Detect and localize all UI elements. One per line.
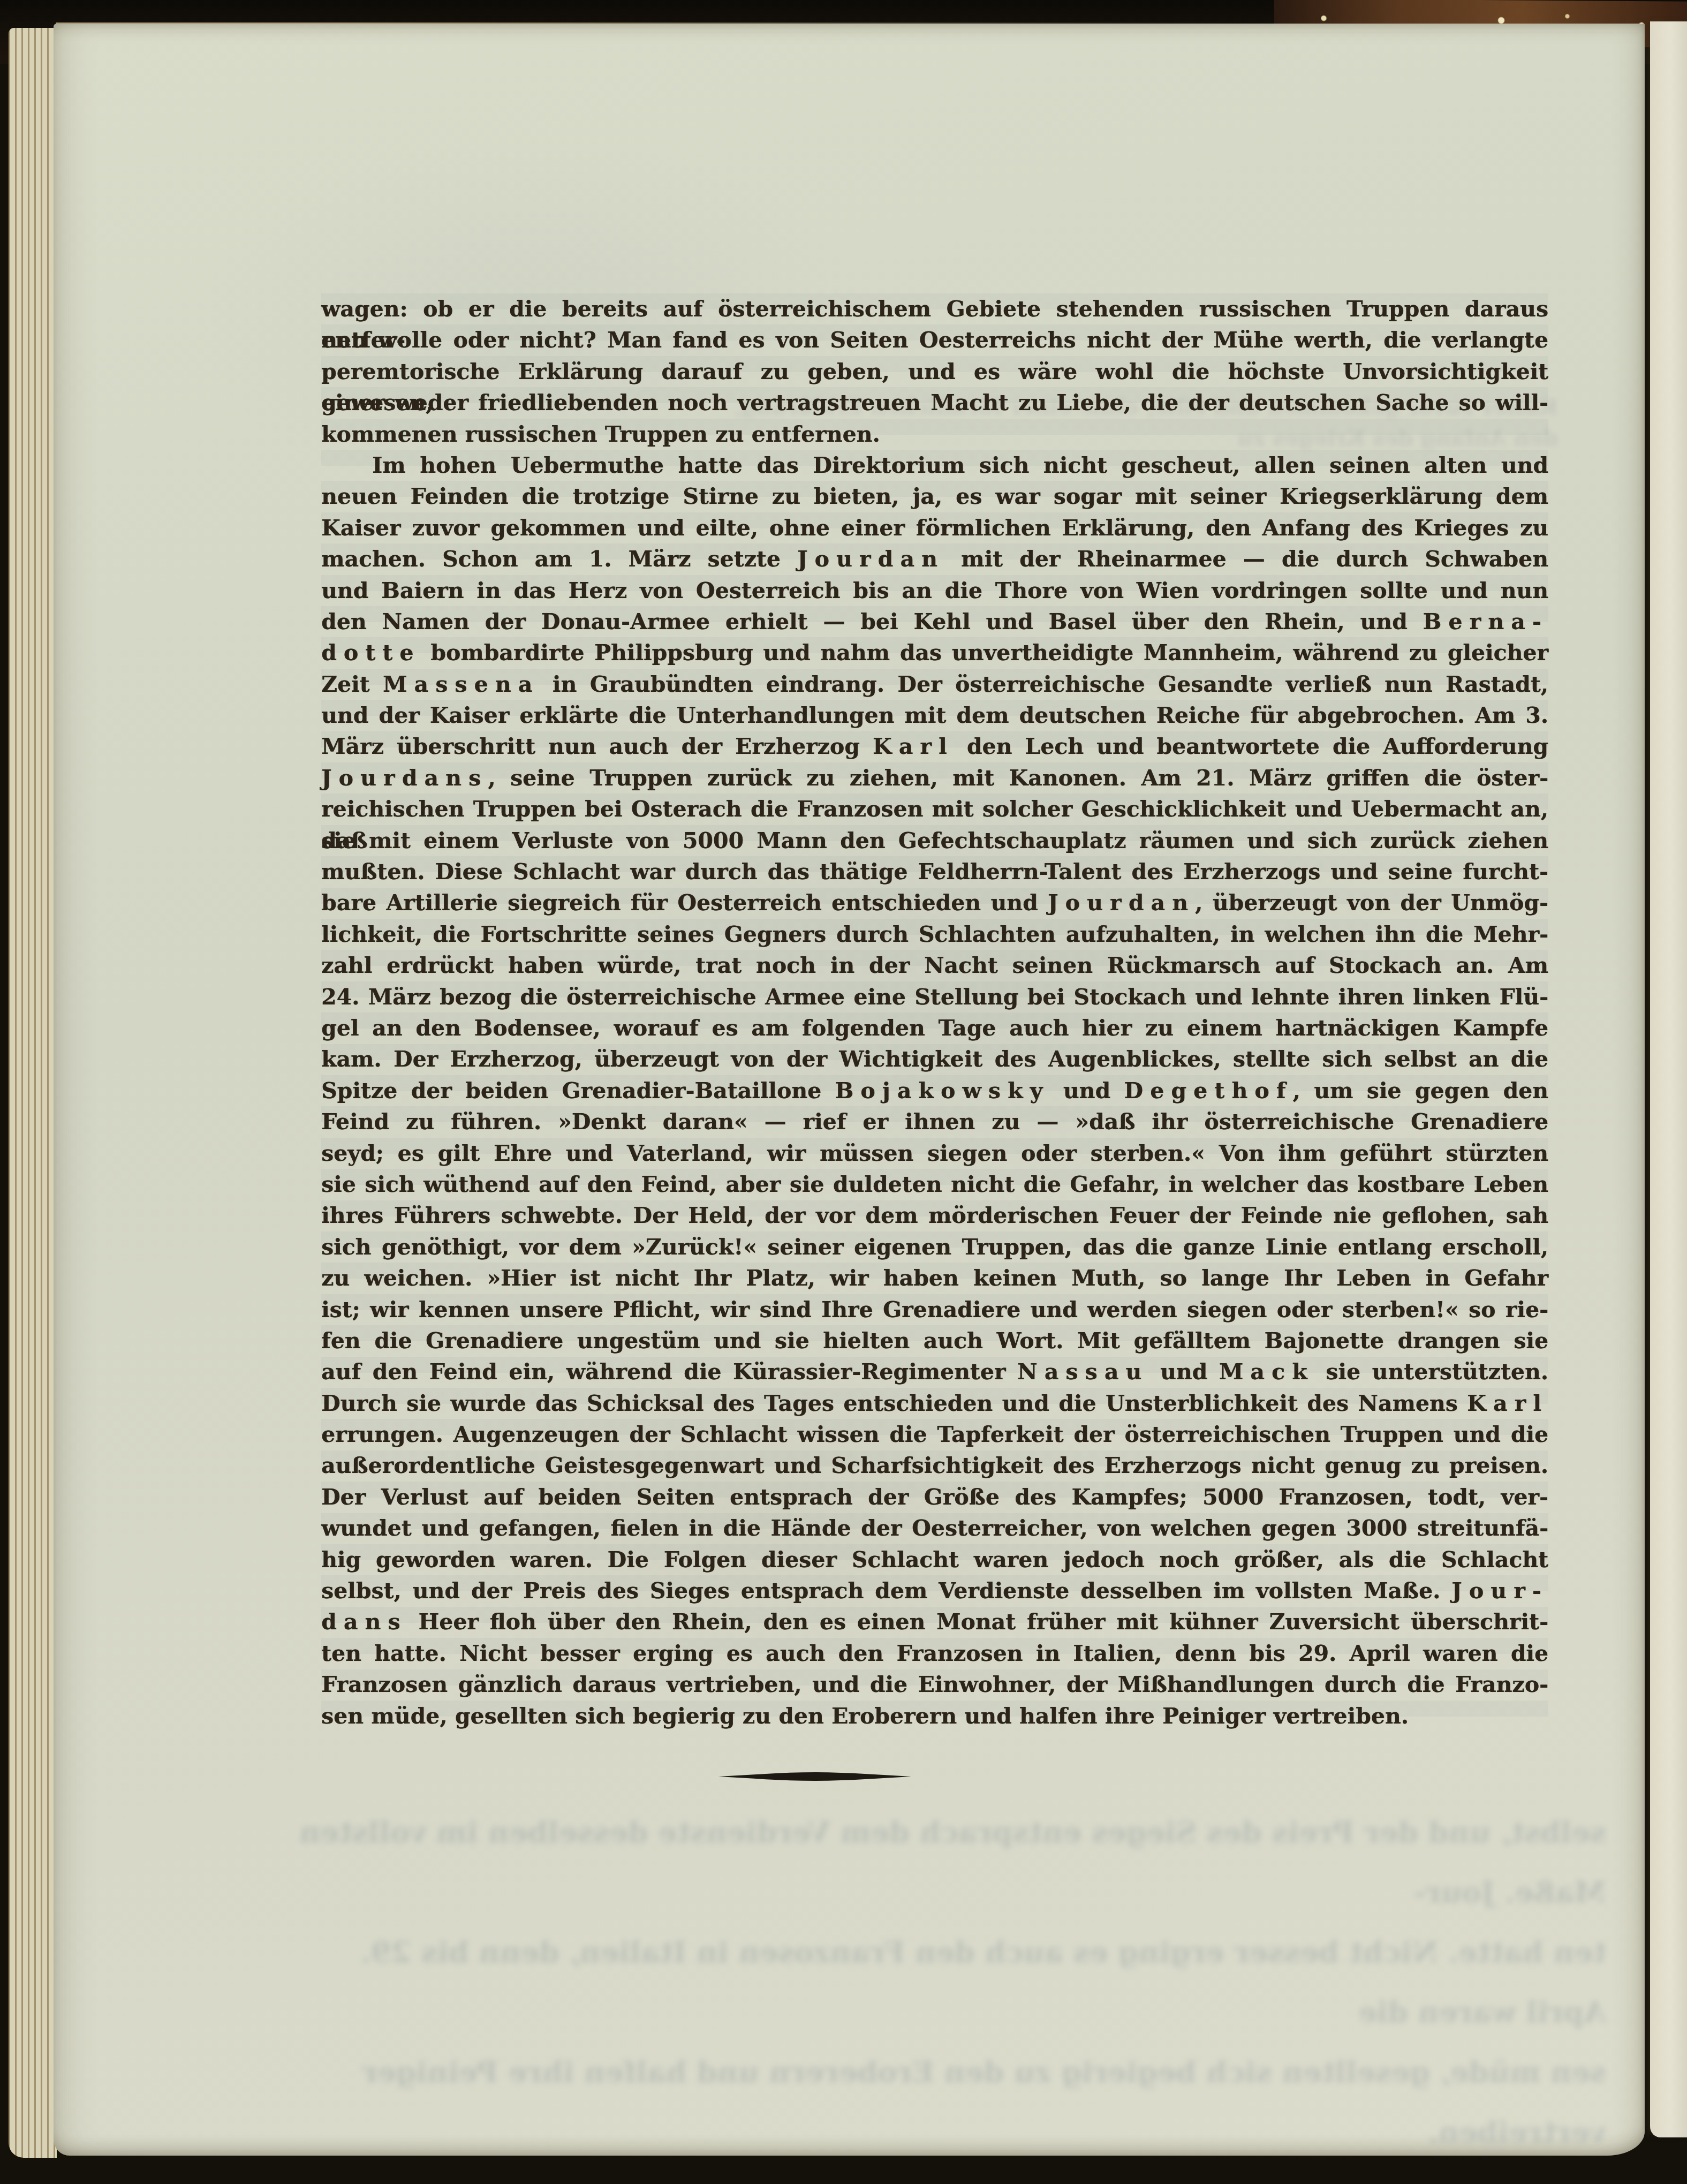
text-line: auf den Feind ein, während die Kürassier…: [321, 1356, 1548, 1387]
text-line: zahl erdrückt haben würde, trat noch in …: [321, 950, 1548, 981]
text-line: kam. Der Erzherzog, überzeugt von der Wi…: [321, 1044, 1548, 1075]
text-line: reichischen Truppen bei Osterach die Fra…: [321, 794, 1548, 825]
text-line: Feind zu führen. »Denkt daran« — rief er…: [321, 1106, 1548, 1137]
text-line: einer weder friedliebenden noch vertrags…: [321, 387, 1548, 418]
text-line: peremtorische Erklärung darauf zu geben,…: [321, 356, 1548, 387]
text-line: ist; wir kennen unsere Pflicht, wir sind…: [321, 1294, 1548, 1325]
text-line: nen wolle oder nicht? Man fand es von Se…: [321, 324, 1548, 356]
text-line: seyd; es gilt Ehre und Vaterland, wir mü…: [321, 1138, 1548, 1169]
text-line: Im hohen Uebermuthe hatte das Direktoriu…: [321, 450, 1548, 481]
text-line: bare Artillerie siegreich für Oesterreic…: [321, 887, 1548, 918]
text-line: Kaiser zuvor gekommen und eilte, ohne ei…: [321, 512, 1548, 543]
text-line: fen die Grenadiere ungestüm und sie hiel…: [321, 1325, 1548, 1356]
showthrough-line: ten hatte. Nicht besser erging es auch d…: [278, 1922, 1606, 2042]
text-line: sen müde, gesellten sich begierig zu den…: [321, 1701, 1548, 1732]
text-line: und der Kaiser erklärte die Unterhandlun…: [321, 700, 1548, 731]
showthrough-text-bottom: selbst, und der Preis des Sieges entspra…: [278, 1802, 1606, 2162]
text-line: machen. Schon am 1. März setzte Jourdan …: [321, 543, 1548, 575]
text-line: außerordentliche Geistesgegenwart und Sc…: [321, 1450, 1548, 1481]
text-line: den Namen der Donau-Armee erhielt — bei …: [321, 606, 1548, 637]
text-line: sie mit einem Verluste von 5000 Mann den…: [321, 825, 1548, 856]
book-page: Kaiser zuvor gekommen und eilte, ohne ei…: [54, 24, 1645, 2156]
text-line: sich genöthigt, vor dem »Zurück!« seiner…: [321, 1231, 1548, 1263]
text-line: dotte bombardirte Philippsburg und nahm …: [321, 637, 1548, 668]
text-line: 24. März bezog die österreichische Armee…: [321, 981, 1548, 1012]
book-photo: Kaiser zuvor gekommen und eilte, ohne ei…: [0, 0, 1687, 2184]
adjacent-page-edge: [1650, 21, 1687, 2137]
text-line: selbst, und der Preis des Sieges entspra…: [321, 1575, 1548, 1606]
text-line: neuen Feinden die trotzige Stirne zu bie…: [321, 481, 1548, 512]
text-line: dans Heer floh über den Rhein, den es ei…: [321, 1606, 1548, 1637]
text-line: März überschritt nun auch der Erzherzog …: [321, 731, 1548, 762]
page-stack-edges-left: [9, 28, 57, 2158]
text-line: zu weichen. »Hier ist nicht Ihr Platz, w…: [321, 1263, 1548, 1294]
text-line: hig geworden waren. Die Folgen dieser Sc…: [321, 1544, 1548, 1575]
text-line: mußten. Diese Schlacht war durch das thä…: [321, 856, 1548, 887]
text-line: Spitze der beiden Grenadier-Bataillone B…: [321, 1075, 1548, 1106]
text-line: und Baiern in das Herz von Oesterreich b…: [321, 575, 1548, 606]
text-line: wundet und gefangen, fielen in die Hände…: [321, 1513, 1548, 1544]
text-line: kommenen russischen Truppen zu entfernen…: [321, 419, 1548, 450]
text-line: lichkeit, die Fortschritte seines Gegner…: [321, 919, 1548, 950]
text-line: Jourdans, seine Truppen zurück zu ziehen…: [321, 762, 1548, 794]
text-line: Franzosen gänzlich daraus vertrieben, un…: [321, 1669, 1548, 1700]
text-block: wagen: ob er die bereits auf österreichi…: [321, 293, 1548, 1732]
text-line: Der Verlust auf beiden Seiten entsprach …: [321, 1482, 1548, 1513]
text-line: ten hatte. Nicht besser erging es auch d…: [321, 1638, 1548, 1669]
text-line: sie sich wüthend auf den Feind, aber sie…: [321, 1169, 1548, 1200]
text-line: Zeit Massena in Graubündten eindrang. De…: [321, 669, 1548, 700]
text-line: gel an den Bodensee, worauf es am folgen…: [321, 1012, 1548, 1044]
text-line: Durch sie wurde das Schicksal des Tages …: [321, 1388, 1548, 1419]
showthrough-line: sen müde, gesellten sich begierig zu den…: [278, 2042, 1606, 2162]
text-line: ihres Führers schwebte. Der Held, der vo…: [321, 1200, 1548, 1231]
text-line: wagen: ob er die bereits auf österreichi…: [321, 293, 1548, 324]
showthrough-line: selbst, und der Preis des Sieges entspra…: [278, 1802, 1606, 1922]
text-line: errungen. Augenzeugen der Schlacht wisse…: [321, 1419, 1548, 1450]
section-divider-rule: [717, 1770, 912, 1783]
